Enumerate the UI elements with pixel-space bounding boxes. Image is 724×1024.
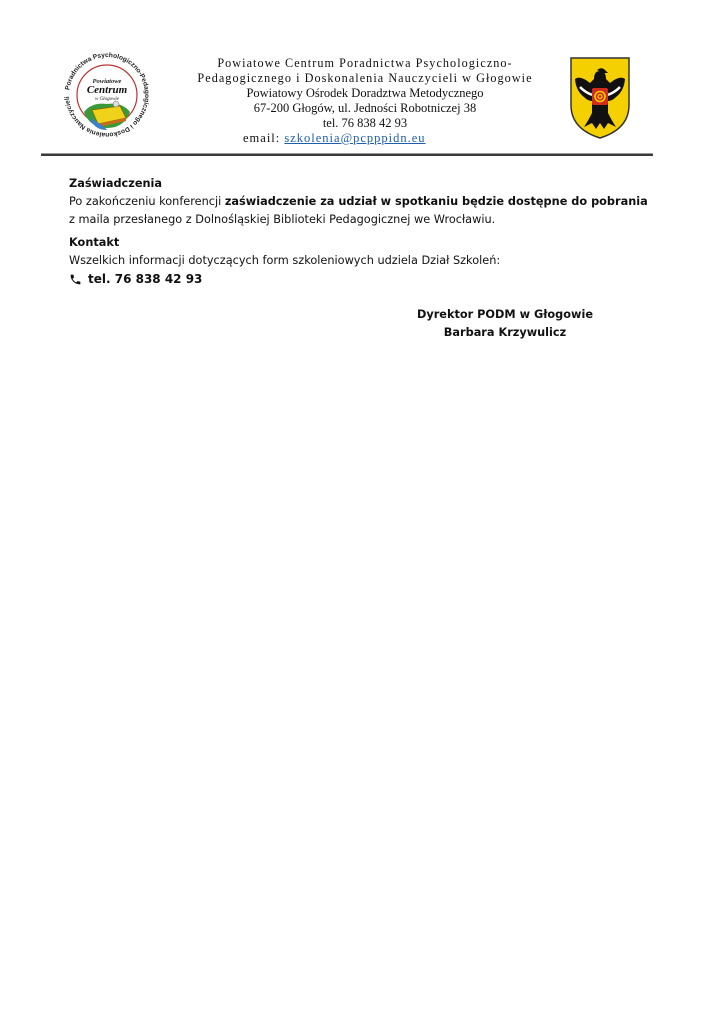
org-phone: tel. 76 838 42 93	[180, 116, 550, 131]
org-address: 67-200 Głogów, ul. Jedności Robotniczej …	[180, 101, 550, 116]
contact-text: Wszelkich informacji dotyczących form sz…	[69, 252, 669, 270]
svg-text:Centrum: Centrum	[87, 84, 128, 96]
email-label: email:	[243, 131, 280, 145]
signature-name: Barbara Krzywulicz	[395, 324, 615, 342]
signature-title: Dyrektor PODM w Głogowie	[395, 306, 615, 324]
certificates-text: Po zakończeniu konferencji zaświadczenie…	[69, 193, 669, 211]
signature-block: Dyrektor PODM w Głogowie Barbara Krzywul…	[395, 306, 615, 342]
phone-icon	[69, 273, 82, 286]
certificates-heading: Zaświadczenia	[69, 175, 669, 193]
certificates-text-bold: zaświadczenie za udział w spotkaniu będz…	[225, 195, 648, 208]
institution-logo-icon: Poradnictwa Psychologiczno-Pedagogiczneg…	[62, 50, 152, 140]
document-body: Zaświadczenia Po zakończeniu konferencji…	[69, 175, 669, 288]
letterhead: Poradnictwa Psychologiczno-Pedagogiczneg…	[0, 0, 724, 160]
header-divider	[41, 153, 653, 156]
org-email-line: email: szkolenia@pcpppidn.eu	[180, 131, 550, 146]
organization-info: Powiatowe Centrum Poradnictwa Psychologi…	[180, 56, 550, 146]
contact-phone-number: tel. 76 838 42 93	[88, 270, 202, 288]
certificates-text-intro: Po zakończeniu konferencji	[69, 195, 225, 208]
org-name-line-1: Powiatowe Centrum Poradnictwa Psychologi…	[180, 56, 550, 71]
contact-heading: Kontakt	[69, 234, 669, 252]
certificates-text-line-2: z maila przesłanego z Dolnośląskiej Bibl…	[69, 211, 669, 229]
email-link[interactable]: szkolenia@pcpppidn.eu	[284, 131, 425, 145]
org-name-line-2: Pedagogicznego i Doskonalenia Nauczyciel…	[180, 71, 550, 86]
coat-of-arms-eagle-icon	[570, 57, 630, 139]
contact-phone: tel. 76 838 42 93	[69, 270, 669, 288]
org-subunit: Powiatowy Ośrodek Doradztwa Metodycznego	[180, 86, 550, 101]
